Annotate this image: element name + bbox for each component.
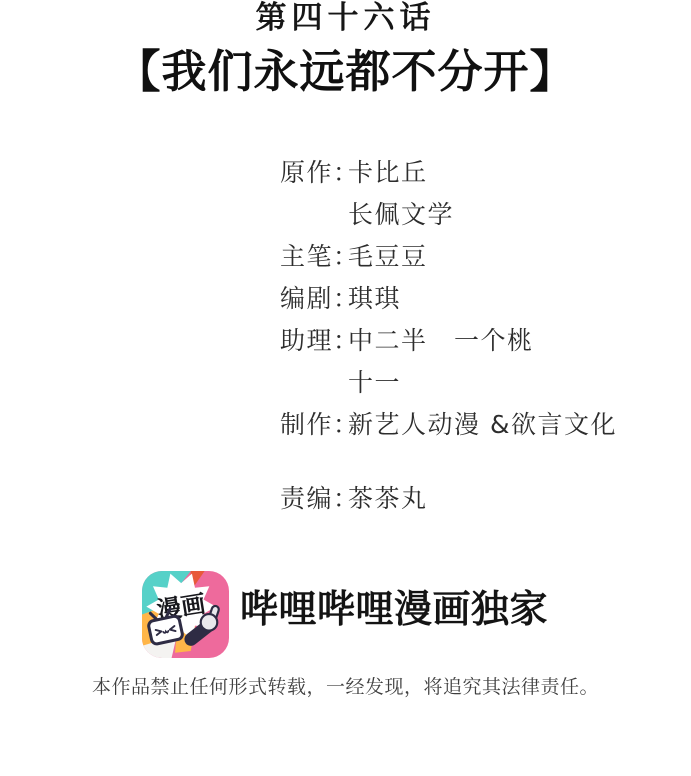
episode-title: 【我们永远都不分开】 — [0, 46, 691, 98]
credit-label: 原作： — [280, 153, 348, 189]
credit-value: 中二半 一个桃 — [348, 321, 534, 357]
credit-value: 新艺人动漫 &欲言文化 — [348, 405, 617, 441]
credit-value: 毛豆豆 — [348, 237, 428, 273]
credit-label: 助理： — [280, 321, 348, 357]
credit-row-original-author: 原作： 卡比丘 — [280, 150, 617, 192]
credit-label: 主笔： — [280, 237, 348, 273]
copyright-disclaimer: 本作品禁止任何形式转载，一经发现，将追究其法律责任。 — [0, 672, 691, 699]
credit-value: 长佩文学 — [348, 195, 454, 231]
credit-label: 编剧： — [280, 279, 348, 315]
chapter-number: 第四十六话 — [0, 1, 691, 35]
brand-row: 漫画 哔哩哔哩漫画独家 — [142, 571, 548, 658]
credit-value: 琪琪 — [348, 279, 401, 315]
credit-label: 制作： — [280, 405, 348, 441]
manga-credits-page: 第四十六话 【我们永远都不分开】 原作： 卡比丘 长佩文学 主笔： 毛豆豆 编剧… — [0, 0, 691, 776]
credit-value: 十一 — [348, 363, 401, 399]
exclusive-platform-label: 哔哩哔哩漫画独家 — [240, 578, 548, 633]
credit-row-production: 制作： 新艺人动漫 &欲言文化 — [280, 402, 617, 444]
bilibili-manga-logo-icon: 漫画 — [142, 571, 229, 658]
credit-value: 茶茶丸 — [348, 479, 428, 515]
credit-row-editor: 责编： 茶茶丸 — [280, 476, 617, 518]
credit-row-assistants: 助理： 中二半 一个桃 — [280, 318, 617, 360]
credit-row-assistants-cont: 十一 — [280, 360, 617, 402]
credits-list: 原作： 卡比丘 长佩文学 主笔： 毛豆豆 编剧： 琪琪 助理： 中二半 一个桃 … — [280, 150, 617, 518]
credit-row-lead-artist: 主笔： 毛豆豆 — [280, 234, 617, 276]
credit-label: 责编： — [280, 479, 348, 515]
credit-value: 卡比丘 — [348, 153, 428, 189]
credit-row-screenwriter: 编剧： 琪琪 — [280, 276, 617, 318]
credit-row-original-source: 长佩文学 — [280, 192, 617, 234]
